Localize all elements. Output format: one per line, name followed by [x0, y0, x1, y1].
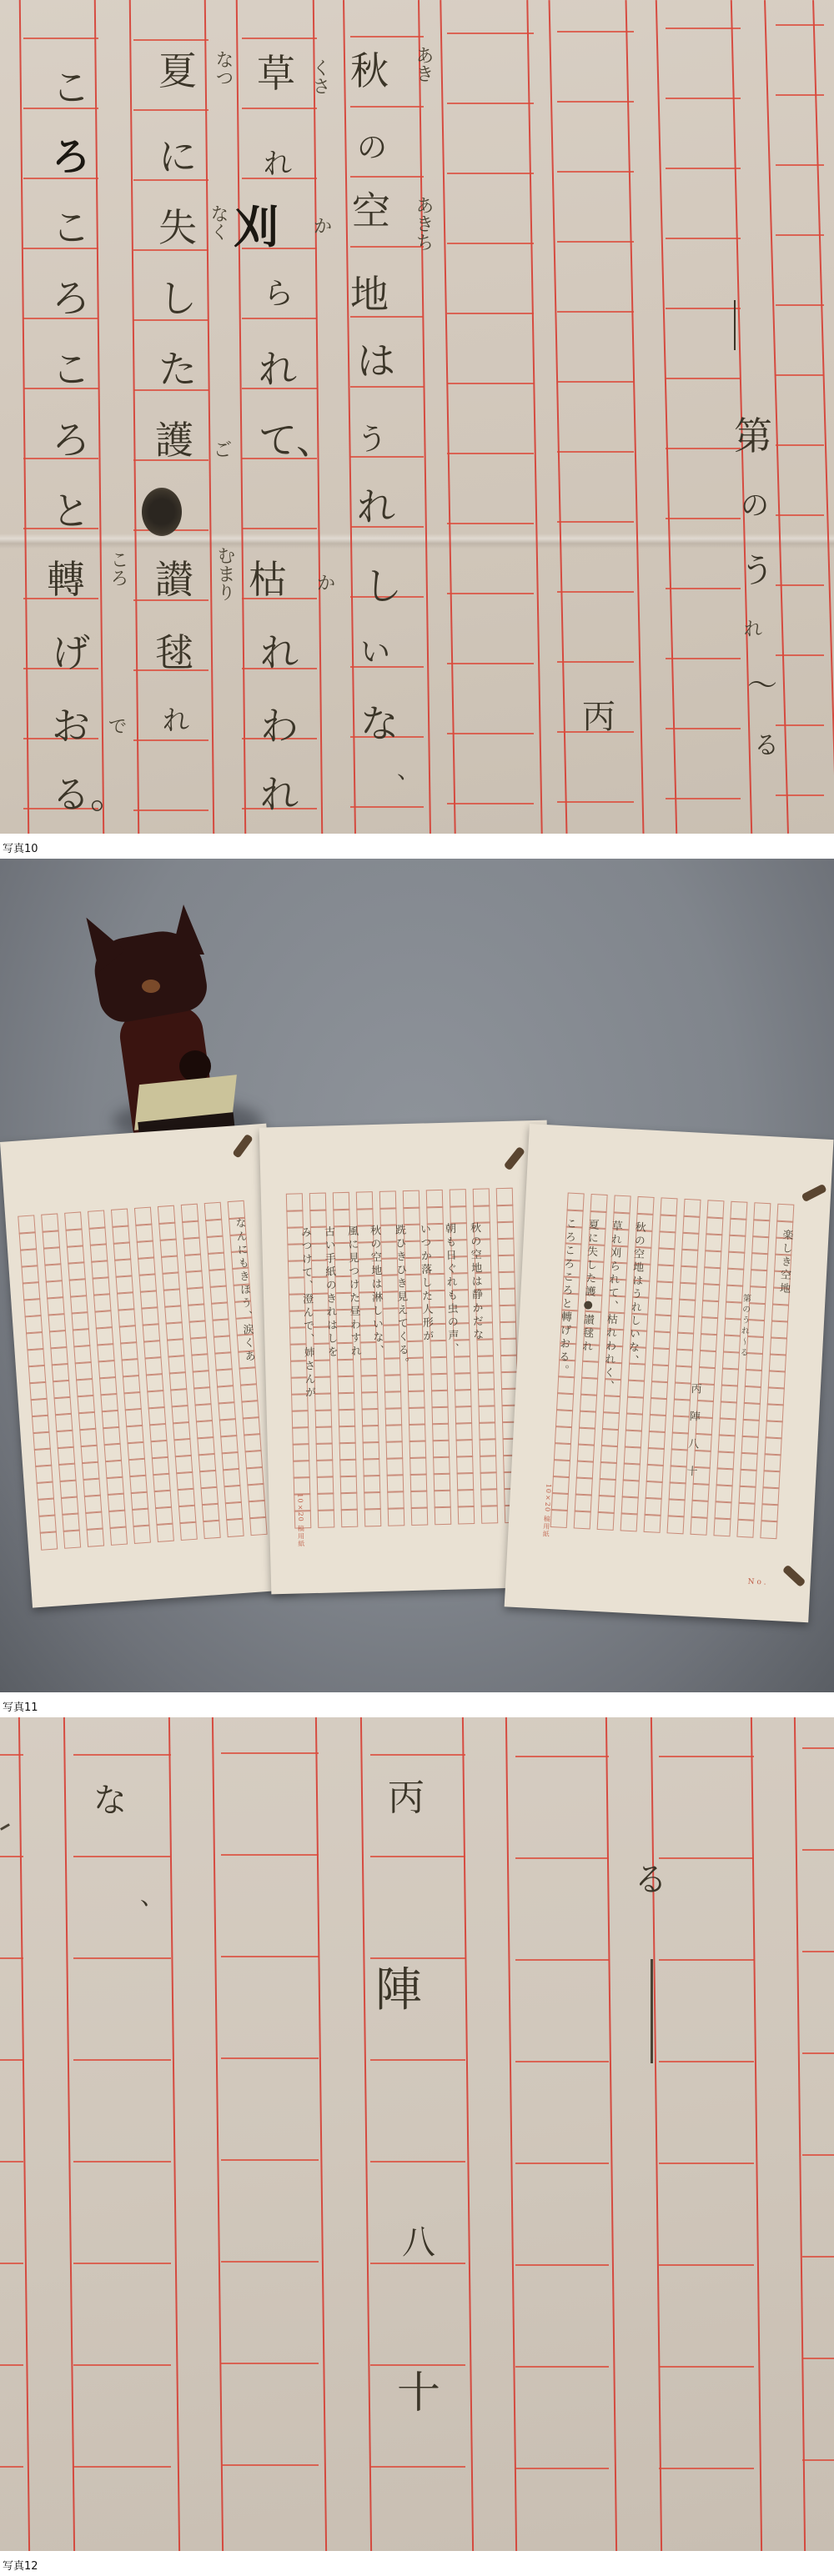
grid-line — [802, 2052, 834, 2054]
grid-line — [666, 728, 741, 729]
grid-cell — [318, 1509, 335, 1528]
grid-line — [557, 521, 634, 523]
photo-11: なんにもきほう、涙くあ 秋の空地は静かだな 朝も日ぐれも虫の声、 いつか落した人… — [0, 859, 834, 1692]
manuscript-char: 空 — [352, 192, 390, 230]
author-char: 陣 — [375, 1967, 422, 2014]
manuscript-char: 失 — [158, 208, 197, 247]
grid-line — [557, 381, 634, 383]
grid-line — [0, 1856, 23, 1857]
furigana: か — [314, 218, 332, 237]
manuscript-char: る。 — [52, 775, 128, 814]
grid-line — [447, 173, 534, 174]
grid-cell — [736, 1519, 754, 1538]
grid-line — [0, 2263, 23, 2264]
grid-line — [776, 794, 824, 796]
manuscript-char: い — [360, 638, 390, 668]
grid-line — [133, 179, 208, 181]
grid-line — [557, 801, 634, 803]
grid-line — [776, 444, 824, 446]
manuscript-char: 枯 — [249, 560, 287, 599]
grid-cell — [226, 1518, 244, 1537]
manuscript-char: お — [52, 707, 90, 745]
paper-clip — [801, 1184, 826, 1203]
manuscript-char: わ — [260, 707, 299, 745]
manuscript-char: の — [741, 492, 769, 520]
manuscript-paper — [0, 0, 834, 834]
manuscript-char: れ — [163, 707, 189, 734]
grid-line — [447, 733, 534, 734]
grid-line — [0, 2059, 23, 2061]
grid-line — [221, 2464, 319, 2466]
paper-clip — [504, 1146, 526, 1171]
author-char: 八 — [402, 2226, 435, 2259]
sheet-text: 楽しき空地 — [770, 1229, 794, 1396]
grid-line — [776, 24, 824, 26]
grid-line — [447, 453, 534, 454]
manuscript-char: 、 — [397, 759, 420, 782]
photo-10: こ ろ こ ろ こ ろ と 轉 げ お る。 ころ で 夏 に 失 し た 護 … — [0, 0, 834, 834]
paper-fold — [0, 534, 834, 549]
grid-cell — [550, 1509, 568, 1528]
grid-line — [776, 374, 824, 376]
grid-line — [0, 1957, 23, 1959]
grid-line — [370, 1957, 465, 1959]
grid-line — [659, 1756, 754, 1757]
grid-line — [447, 33, 534, 34]
grid-line — [515, 1857, 609, 1859]
manuscript-char: う — [357, 425, 387, 455]
grid-line — [515, 1959, 609, 1961]
manuscript-char: て、 — [259, 421, 334, 459]
manuscript-char: 〜 — [747, 671, 777, 701]
manuscript-sheet-right: 楽しき空地 第のうれ〜る 秋の空地はうれしいな、 草れ刈られて、枯れわれく、 夏… — [505, 1124, 834, 1622]
author-char: 丙 — [582, 700, 615, 734]
grid-cell — [203, 1520, 220, 1539]
grid-cell — [341, 1509, 359, 1528]
grid-line — [666, 588, 741, 589]
grid-line — [666, 658, 741, 659]
grid-line — [221, 2159, 319, 2161]
grid-line — [557, 451, 634, 453]
grid-line — [350, 176, 424, 178]
grid-cell — [713, 1517, 731, 1536]
grid-line — [515, 2264, 609, 2266]
grid-cell — [364, 1508, 382, 1527]
caption-photo-10: 写真10 — [0, 834, 834, 859]
grid-line — [242, 528, 317, 529]
manuscript-char: に — [158, 138, 197, 176]
manuscript-char: 護 — [155, 421, 193, 459]
manuscript-char: れ — [357, 488, 395, 526]
grid-line — [802, 2459, 834, 2461]
grid-line — [776, 164, 824, 166]
author-char: 丙 — [388, 1780, 425, 1817]
grid-cell — [411, 1506, 429, 1526]
grid-line — [557, 661, 634, 663]
grid-line — [515, 2468, 609, 2469]
paper-clip — [232, 1134, 254, 1159]
grid-cell — [40, 1531, 58, 1550]
grid-line — [447, 803, 534, 804]
grid-line — [557, 241, 634, 243]
grid-line — [666, 28, 741, 29]
sheet-footer: 10×20 稿用紙 — [541, 1484, 553, 1538]
grid-line — [242, 318, 317, 319]
caption-photo-11: 写真11 — [0, 1692, 834, 1717]
grid-line — [776, 94, 824, 96]
grid-line — [666, 378, 741, 379]
furigana: で — [108, 719, 127, 737]
manuscript-char: う — [741, 554, 774, 588]
manuscript-char: こ — [52, 208, 90, 247]
grid-line — [802, 2358, 834, 2359]
grid-cell — [435, 1506, 452, 1526]
grid-line — [221, 1752, 319, 1754]
grid-line — [666, 98, 741, 99]
manuscript-char: 讃 — [155, 560, 193, 599]
grid-line — [221, 2261, 319, 2263]
grid-line — [776, 724, 824, 726]
grid-line — [221, 1956, 319, 1957]
grid-line — [776, 514, 824, 516]
grid-line — [0, 2364, 23, 2366]
grid-line — [350, 386, 424, 388]
manuscript-char: る — [634, 1863, 667, 1897]
grid-line — [447, 593, 534, 594]
grid-cell — [760, 1520, 777, 1539]
grid-line — [370, 2059, 465, 2061]
manuscript-char: 夏 — [158, 52, 197, 90]
manuscript-char: こ — [52, 68, 90, 107]
grid-line — [515, 2163, 609, 2164]
grid-line — [447, 523, 534, 524]
grid-line — [221, 1854, 319, 1856]
author-char: 十 — [397, 2372, 440, 2415]
manuscript-sheet-left: なんにもきほう、涙くあ — [0, 1124, 299, 1608]
manuscript-char: し — [364, 567, 402, 605]
grid-line — [666, 308, 741, 309]
grid-line — [802, 1849, 834, 1851]
grid-line — [73, 2059, 171, 2061]
manuscript-char: る — [754, 734, 779, 759]
grid-line — [666, 238, 741, 239]
sheet-page-no: No. — [747, 1577, 768, 1586]
furigana: あき — [414, 46, 432, 83]
grid-line — [666, 448, 741, 449]
manuscript-char: な — [93, 1784, 127, 1817]
manuscript-char: 第 — [734, 417, 772, 455]
grid-line — [221, 2057, 319, 2059]
grid-line — [776, 654, 824, 656]
grid-line — [370, 1856, 465, 1857]
grid-line — [0, 2466, 23, 2468]
grid-line — [73, 1957, 171, 1959]
grid-line — [557, 101, 634, 103]
manuscript-char: れ — [259, 350, 297, 388]
caption-photo-12: 写真12 — [0, 2551, 834, 2576]
grid-line — [515, 2366, 609, 2368]
grid-cell — [179, 1521, 197, 1541]
grid-line — [515, 1756, 609, 1757]
grid-cell — [63, 1529, 81, 1548]
manuscript-char: の — [357, 133, 387, 163]
grid-cell — [574, 1510, 591, 1529]
grid-line — [73, 2161, 171, 2163]
manuscript-char: ら — [264, 279, 294, 309]
grid-line — [447, 383, 534, 384]
furigana: むまり — [215, 546, 234, 601]
manuscript-char: れ — [264, 150, 292, 178]
manuscript-char: ろ — [52, 279, 90, 318]
grid-line — [350, 806, 424, 808]
grid-line — [557, 171, 634, 173]
furigana: なつ — [214, 50, 232, 87]
grid-line — [73, 2263, 171, 2264]
manuscript-char: 秋 — [350, 52, 389, 90]
grid-line — [776, 304, 824, 306]
grid-line — [370, 2364, 465, 2366]
grid-line — [776, 234, 824, 236]
grid-line — [802, 2154, 834, 2156]
manuscript-char: げ — [52, 634, 90, 672]
photo-12: な 、 丙 陣 八 十 る — [0, 1717, 834, 2551]
cat-figurine — [79, 909, 263, 1142]
grid-line — [557, 311, 634, 313]
manuscript-char: 地 — [350, 275, 389, 313]
manuscript-char: と — [52, 492, 90, 530]
grid-line — [133, 109, 208, 111]
grid-line — [515, 2061, 609, 2062]
ink-blot — [142, 488, 182, 536]
grid-line — [659, 2468, 754, 2469]
grid-line — [802, 1951, 834, 1952]
grid-line — [73, 2364, 171, 2366]
grid-cell — [481, 1505, 499, 1524]
grid-line — [802, 1747, 834, 1749]
grid-line — [133, 809, 208, 811]
grid-line — [659, 2264, 754, 2266]
grid-cell — [110, 1526, 128, 1546]
grid-line — [370, 1754, 465, 1756]
grid-cell — [644, 1514, 661, 1533]
caption-text: 写真10 — [3, 839, 38, 855]
grid-cell — [249, 1516, 267, 1536]
long-stroke — [651, 1959, 653, 2063]
grid-line — [242, 38, 317, 39]
grid-line — [557, 591, 634, 593]
manuscript-char: 、 — [140, 1884, 165, 1909]
grid-line — [802, 2256, 834, 2258]
grid-line — [776, 584, 824, 586]
furigana: なく — [208, 204, 227, 241]
manuscript-char: 轉 — [47, 560, 85, 599]
furigana: ころ — [108, 550, 127, 587]
manuscript-char: た — [158, 350, 197, 388]
manuscript-char: れ — [260, 634, 299, 672]
grid-line — [23, 38, 98, 39]
grid-line — [370, 2161, 465, 2163]
grid-cell — [156, 1523, 173, 1542]
furigana: あきち — [414, 196, 432, 251]
grid-line — [133, 739, 208, 741]
stroke — [734, 300, 736, 350]
grid-line — [447, 103, 534, 104]
furigana: くさ — [310, 58, 329, 95]
furigana: ご — [214, 442, 232, 460]
grid-line — [350, 106, 424, 108]
grid-line — [666, 798, 741, 799]
grid-line — [659, 1857, 754, 1859]
grid-line — [221, 2363, 319, 2364]
grid-line — [73, 2466, 171, 2468]
grid-cell — [597, 1511, 615, 1531]
grid-line — [659, 1959, 754, 1961]
caption-text: 写真12 — [3, 2557, 38, 2573]
furigana: か — [317, 575, 335, 594]
manuscript-char: れ — [260, 775, 299, 814]
grid-cell — [87, 1528, 104, 1547]
paper-clip — [782, 1564, 806, 1587]
grid-cell — [620, 1512, 638, 1531]
manuscript-char: ろ — [52, 138, 90, 176]
grid-line — [73, 1856, 171, 1857]
grid-line — [0, 2161, 23, 2163]
grid-line — [666, 518, 741, 519]
grid-line — [659, 2366, 754, 2368]
grid-line — [659, 2163, 754, 2164]
grid-line — [447, 243, 534, 244]
caption-text: 写真11 — [3, 1698, 38, 1714]
grid-line — [447, 663, 534, 664]
grid-line — [133, 39, 208, 41]
grid-line — [370, 2466, 465, 2468]
manuscript-char: 刈 — [234, 204, 279, 249]
grid-cell — [388, 1507, 405, 1526]
grid-line — [447, 313, 534, 314]
grid-line — [557, 31, 634, 33]
manuscript-char: な — [360, 704, 399, 743]
manuscript-char: 草 — [257, 54, 295, 93]
grid-line — [73, 1754, 171, 1756]
manuscript-char: し — [158, 279, 197, 318]
grid-cell — [133, 1525, 150, 1544]
manuscript-char: れ — [744, 621, 762, 639]
grid-line — [370, 2263, 465, 2264]
grid-line — [350, 36, 424, 38]
grid-line — [666, 168, 741, 169]
grid-line — [0, 1754, 23, 1756]
grid-line — [659, 2061, 754, 2062]
manuscript-char: こ — [52, 350, 90, 388]
grid-line — [242, 108, 317, 109]
grid-cell — [458, 1506, 475, 1525]
manuscript-char: ろ — [52, 421, 90, 459]
sheet-footer: 10×20 稿用紙 — [295, 1493, 306, 1547]
manuscript-paper — [0, 1717, 834, 2551]
manuscript-char: 毬 — [155, 634, 193, 672]
manuscript-char: は — [357, 342, 395, 380]
